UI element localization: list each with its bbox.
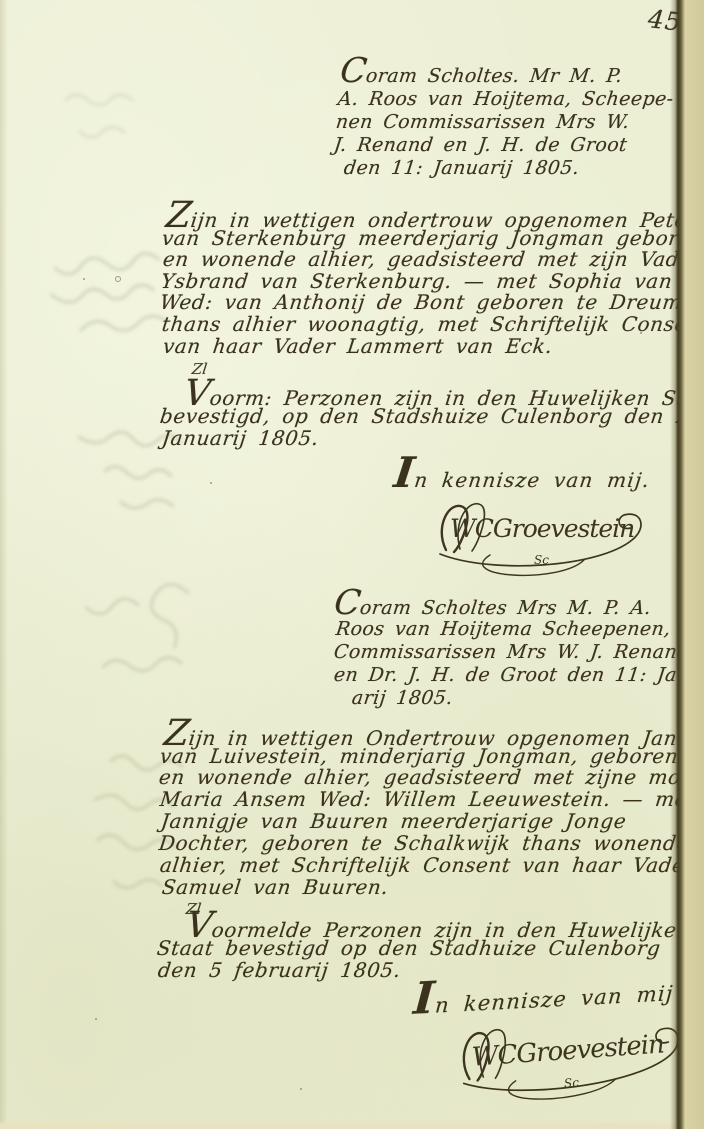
entry2-body-line: en wonende alhier, geadsisteerd met zijn… <box>158 767 704 788</box>
entry1-header-line: nen Commissarissen Mrs W. <box>335 111 631 133</box>
entry1-confirmation-line: Januarij 1805. <box>161 428 320 449</box>
entry1-header-line: A. Roos van Hoijtema, Scheepe- <box>337 88 675 110</box>
bleedthrough-ghost-writing <box>30 80 140 160</box>
entry1-header-line: den 11: Januarij 1805. <box>343 157 581 179</box>
entry2-header-line: Commissarissen Mrs W. J. Renand <box>333 641 692 663</box>
ink-speck <box>210 482 212 484</box>
page-left-edge-shadow <box>0 0 8 1129</box>
entry1-body-line: van haar Vader Lammert van Eck. <box>162 336 554 357</box>
ink-speck <box>300 1088 302 1090</box>
entry2-header-line: Roos van Hoijtema Scheepenen, <box>335 618 672 640</box>
entry1-header-line: J. Renand en J. H. de Groot <box>333 134 629 156</box>
entry1-body-line: van Sterkenburg meerderjarig Jongman geb… <box>161 228 704 249</box>
entry2-body-line: Jannigje van Buuren meerderjarige Jonge <box>160 811 628 832</box>
bleedthrough-ghost-writing <box>77 572 204 708</box>
entry2-confirmation-line: Staat bevestigd op den Stadhuize Culenbo… <box>156 938 662 959</box>
ink-speck <box>115 276 121 282</box>
entry2-secretary-signature: WCGroevestein Sc <box>449 1004 689 1106</box>
entry1-attestation: In kennisze van mij. <box>392 462 652 492</box>
signature-subscript-text: Sc <box>534 553 549 567</box>
ink-speck <box>95 1018 97 1020</box>
entry2-header-line: arij 1805. <box>351 687 455 709</box>
entry1-body-line: Wed: van Anthonij de Bont geboren te Dre… <box>159 292 704 313</box>
page-bottom-edge <box>0 1120 676 1129</box>
entry2-body-line: van Luivestein, minderjarig Jongman, geb… <box>159 746 680 767</box>
entry2-header-line: en Dr. J. H. de Groot den 11: Janu- <box>333 664 704 686</box>
entry1-confirmation-line: bevestigd, op den Stadshuize Culenborg d… <box>159 406 704 427</box>
page-binding-edge <box>670 0 704 1129</box>
entry1-body-line: en wonende alhier, geadsisteerd met zijn… <box>162 249 704 270</box>
entry1-secretary-signature: WCGroevestein Sc <box>432 492 647 574</box>
entry1-header-line: Coram Scholtes. Mr M. P. <box>338 62 624 87</box>
entry2-header-line: Coram Scholtes Mrs M. P. A. <box>332 594 652 619</box>
entry2-confirmation-line: den 5 februarij 1805. <box>157 960 402 981</box>
manuscript-page-scan: 45 Coram Scholtes. Mr M. P. A. Roos van … <box>0 0 704 1129</box>
signature-name-text: WCGroevestein <box>471 1029 665 1072</box>
entry1-body-line: Ysbrand van Sterkenburg. — met Sophia va… <box>160 271 704 292</box>
ink-speck <box>83 278 85 280</box>
entry2-body-line: alhier, met Schriftelijk Consent van haa… <box>159 855 696 876</box>
bleedthrough-ghost-writing <box>15 239 174 362</box>
signature-subscript-text: Sc <box>563 1075 579 1090</box>
entry2-body-line: Dochter, geboren te Schalkwijk thans won… <box>158 833 691 854</box>
entry2-body-line: Samuel van Buuren. <box>161 877 390 898</box>
entry1-body-line: thans alhier woonagtig, met Schriftelijk… <box>161 314 704 335</box>
entry2-body-line: Maria Ansem Wed: Willem Leeuwestein. — m… <box>159 789 698 810</box>
signature-name-text: WCGroevestein <box>450 514 634 543</box>
